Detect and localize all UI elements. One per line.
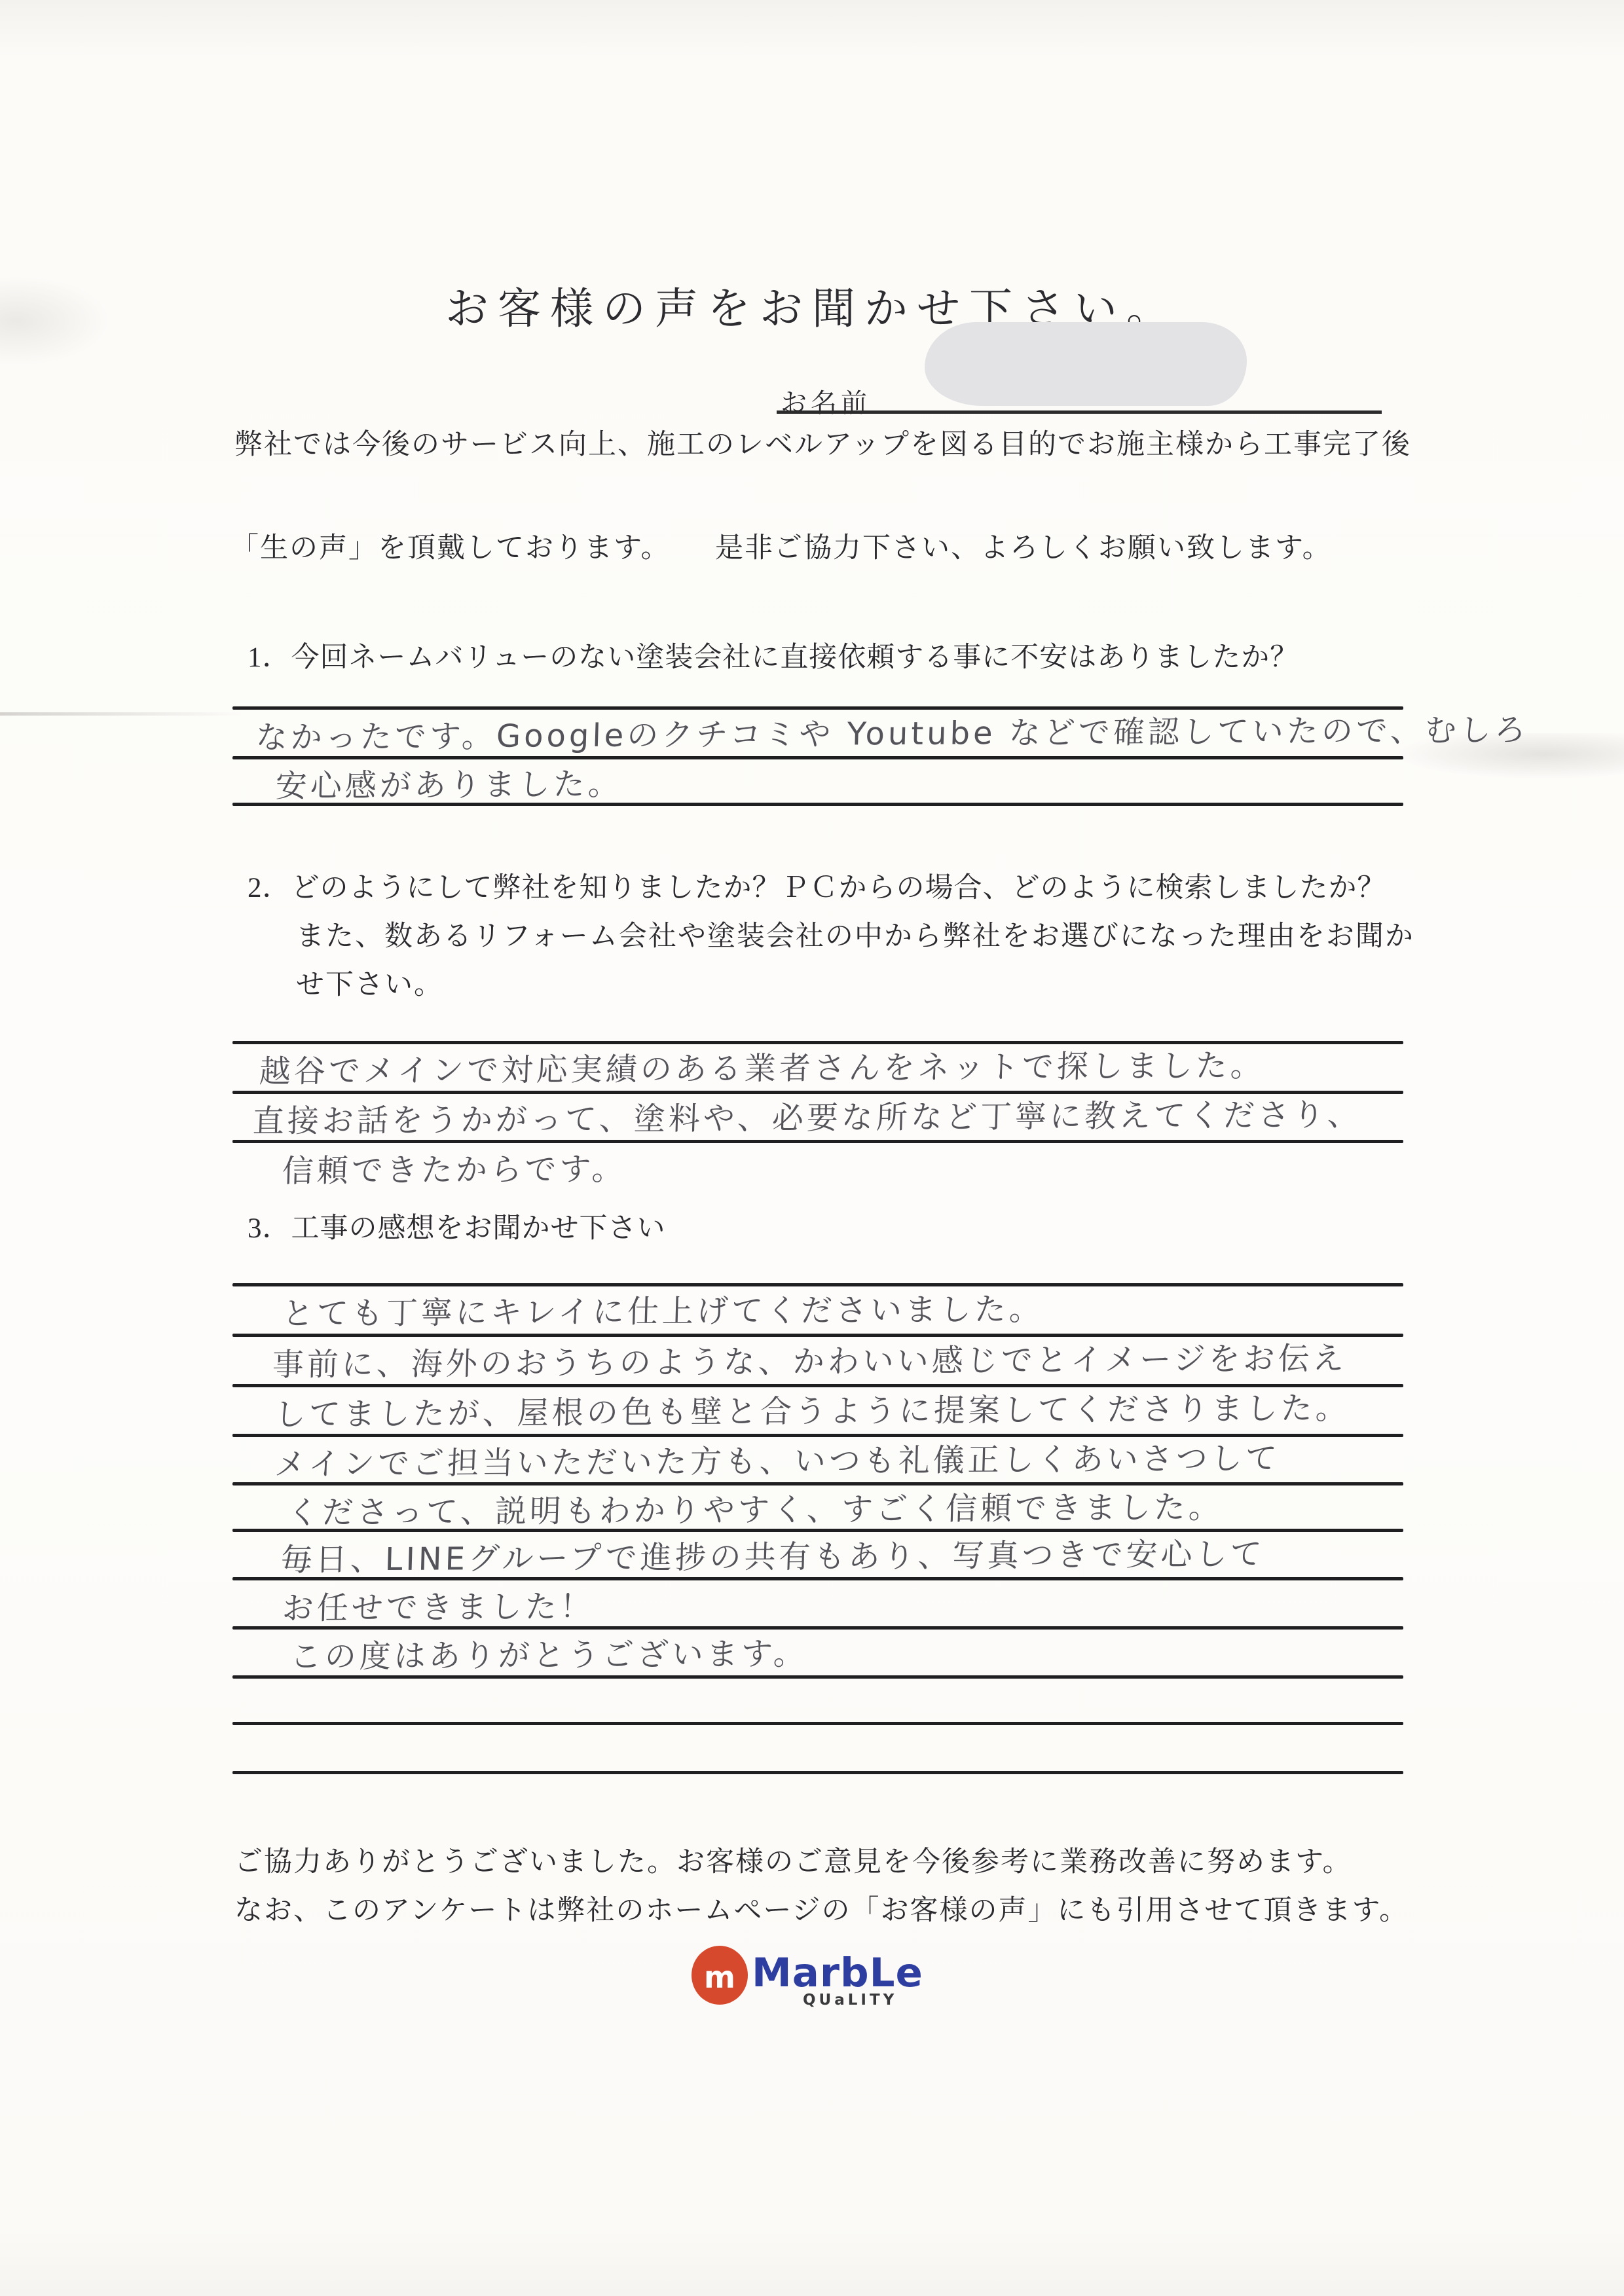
handwritten-answer-3-row: とても丁寧にキレイに仕上げてくださいました。	[282, 1284, 1044, 1334]
handwritten-answer-3-row: お任せできました！	[282, 1581, 595, 1628]
closing-line: ご協力ありがとうございました。お客様のご意見を今後参考に業務改善に努めます。	[234, 1840, 1352, 1880]
answer-line-rule	[232, 756, 1403, 759]
question-3-label: 3．工事の感想をお聞かせ下さい	[248, 1206, 666, 1246]
handwritten-answer-3-row: この度はありがとうございます。	[289, 1628, 809, 1677]
question-2-line: 2．どのようにして弊社を知りましたか？ＰＣからの場合、どのように検索しましたか？	[248, 866, 1386, 905]
handwritten-answer-3-row: 毎日、LINEグループで進捗の共有もあり、写真つきで安心して	[280, 1529, 1266, 1580]
name-field-label: お名前	[781, 382, 871, 420]
paper-crease	[0, 712, 242, 716]
marble-monogram-m-icon: m	[704, 1959, 735, 1995]
handwritten-answer-3-row: してましたが、屋根の色も壁と合うように提案してくださりました。	[274, 1383, 1351, 1434]
page-title: お客様の声をお聞かせ下さい。	[0, 274, 1624, 336]
name-redaction-blob	[925, 322, 1247, 406]
marble-logo-wordmark: MarbLe	[752, 1950, 923, 1996]
marble-logo-mark: m	[692, 1946, 748, 2005]
handwritten-answer-2-row: 信頼できたからです。	[282, 1144, 627, 1191]
answer-line-rule	[232, 1722, 1403, 1725]
handwritten-answer-2-row: 越谷でメインで対応実績のある業者さんをネットで探しました。	[259, 1040, 1266, 1091]
scanned-questionnaire-page: お客様の声をお聞かせ下さい。 お名前 弊社では今後のサービス向上、施工のレベルア…	[0, 0, 1624, 2296]
question-2-line: せ下さい。	[296, 962, 443, 1002]
handwritten-answer-1-row: なかったです。Googleのクチコミや Youtube などで確認していたので、…	[255, 704, 1530, 757]
handwritten-answer-3-row: くださって、説明もわかりやすく、すごく信頼できました。	[287, 1482, 1224, 1533]
intro-line: 「生の声」を頂戴しております。 是非ご協力下さい、よろしくお願い致します。	[231, 526, 1332, 566]
handwritten-answer-3-row: 事前に、海外のおうちのような、かわいい感じでとイメージをお伝え	[272, 1333, 1348, 1385]
handwritten-answer-1-row: 安心感がありました。	[275, 759, 623, 806]
answer-line-rule	[232, 1771, 1403, 1774]
name-field-underline	[777, 410, 1382, 414]
closing-line: なお、このアンケートは弊社のホームページの「お客様の声」にも引用させて頂きます。	[234, 1888, 1409, 1928]
answer-line-rule	[232, 1140, 1403, 1143]
handwritten-answer-3-row: メインでご担当いただいた方も、いつも礼儀正しくあいさつして	[274, 1433, 1281, 1484]
handwritten-answer-2-row: 直接お話をうかがって、塗料や、必要な所など丁寧に教えてくださり、	[252, 1089, 1363, 1141]
marble-logo-tagline: QUaLITY	[803, 1992, 897, 2009]
intro-line: 弊社では今後のサービス向上、施工のレベルアップを図る目的でお施主様から工事完了後	[234, 422, 1411, 462]
question-1-label: 1．今回ネームバリューのない塗装会社に直接依頼する事に不安はありましたか？	[248, 635, 1299, 675]
question-2-line: また、数あるリフォーム会社や塗装会社の中から弊社をお選びになった理由をお聞か	[296, 914, 1414, 954]
